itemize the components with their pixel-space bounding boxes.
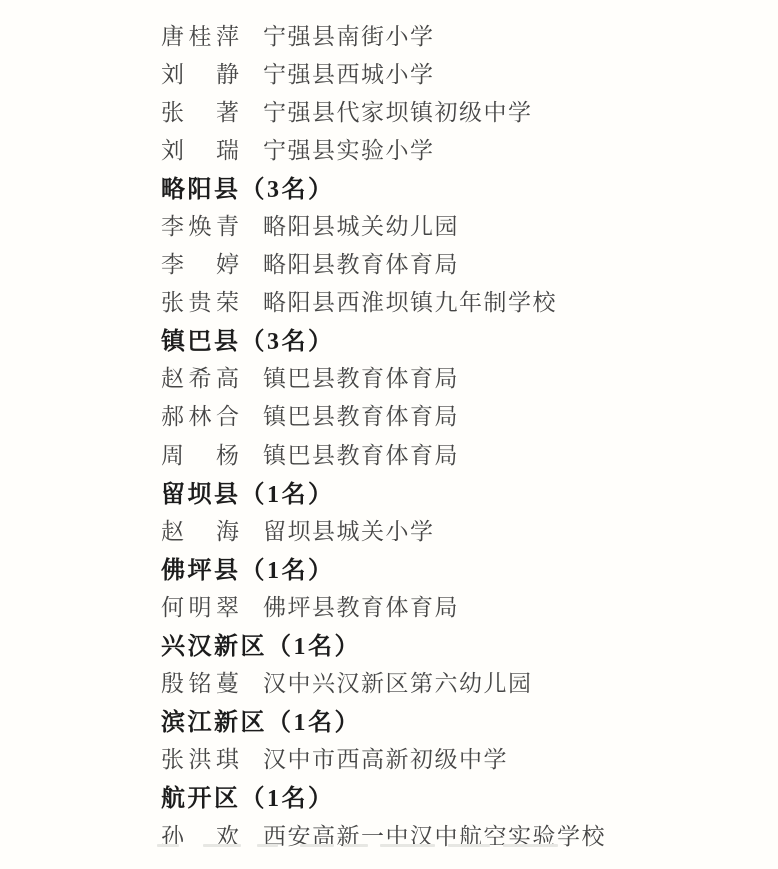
list-row: 李焕青略阳县城关幼儿园 bbox=[161, 205, 758, 243]
list-row: 刘静宁强县西城小学 bbox=[161, 53, 758, 91]
list-row: 周杨镇巴县教育体育局 bbox=[161, 434, 758, 472]
organization-name: 佛坪县教育体育局 bbox=[263, 589, 459, 622]
list-row: 张洪琪汉中市西高新初级中学 bbox=[161, 739, 758, 777]
organization-name: 略阳县教育体育局 bbox=[263, 246, 459, 279]
person-name: 李焕青 bbox=[161, 208, 239, 241]
organization-name: 宁强县南街小学 bbox=[263, 18, 435, 51]
organization-name: 镇巴县教育体育局 bbox=[263, 398, 459, 431]
person-name: 张贵荣 bbox=[161, 284, 239, 317]
organization-name: 宁强县西城小学 bbox=[263, 56, 435, 89]
person-name: 周杨 bbox=[161, 437, 239, 470]
county-section-heading: 航开区（1名） bbox=[161, 777, 758, 815]
list-row: 李婷略阳县教育体育局 bbox=[161, 244, 758, 282]
list-row: 刘瑞宁强县实验小学 bbox=[161, 129, 758, 167]
list-row: 唐桂萍宁强县南街小学 bbox=[161, 15, 758, 53]
list-row: 赵海留坝县城关小学 bbox=[161, 510, 758, 548]
organization-name: 汉中兴汉新区第六幼儿园 bbox=[263, 665, 533, 698]
organization-name: 略阳县城关幼儿园 bbox=[263, 208, 459, 241]
list-row: 张贵荣略阳县西淮坝镇九年制学校 bbox=[161, 282, 758, 320]
person-name: 张著 bbox=[161, 94, 239, 127]
cutoff-next-line-fragment bbox=[0, 844, 778, 848]
list-row: 赵希高镇巴县教育体育局 bbox=[161, 358, 758, 396]
organization-name: 宁强县实验小学 bbox=[263, 132, 435, 165]
list-row: 郝林合镇巴县教育体育局 bbox=[161, 396, 758, 434]
person-name: 张洪琪 bbox=[161, 741, 239, 774]
person-name: 何明翠 bbox=[161, 589, 239, 622]
county-section-heading: 留坝县（1名） bbox=[161, 472, 758, 510]
organization-name: 镇巴县教育体育局 bbox=[263, 437, 459, 470]
person-name: 赵希高 bbox=[161, 360, 239, 393]
county-section-heading: 佛坪县（1名） bbox=[161, 548, 758, 586]
person-name: 李婷 bbox=[161, 246, 239, 279]
county-section-heading: 滨江新区（1名） bbox=[161, 701, 758, 739]
person-name: 殷铭蔓 bbox=[161, 665, 239, 698]
organization-name: 镇巴县教育体育局 bbox=[263, 360, 459, 393]
document-page: 唐桂萍宁强县南街小学刘静宁强县西城小学张著宁强县代家坝镇初级中学刘瑞宁强县实验小… bbox=[0, 0, 778, 869]
person-name: 刘瑞 bbox=[161, 132, 239, 165]
list-row: 张著宁强县代家坝镇初级中学 bbox=[161, 91, 758, 129]
award-list: 唐桂萍宁强县南街小学刘静宁强县西城小学张著宁强县代家坝镇初级中学刘瑞宁强县实验小… bbox=[161, 15, 758, 853]
list-row: 殷铭蔓汉中兴汉新区第六幼儿园 bbox=[161, 663, 758, 701]
county-section-heading: 略阳县（3名） bbox=[161, 167, 758, 205]
organization-name: 留坝县城关小学 bbox=[263, 513, 435, 546]
county-section-heading: 镇巴县（3名） bbox=[161, 320, 758, 358]
organization-name: 宁强县代家坝镇初级中学 bbox=[263, 94, 533, 127]
person-name: 郝林合 bbox=[161, 398, 239, 431]
county-section-heading: 兴汉新区（1名） bbox=[161, 625, 758, 663]
organization-name: 汉中市西高新初级中学 bbox=[263, 741, 508, 774]
list-row: 何明翠佛坪县教育体育局 bbox=[161, 586, 758, 624]
person-name: 刘静 bbox=[161, 56, 239, 89]
person-name: 唐桂萍 bbox=[161, 18, 239, 51]
organization-name: 略阳县西淮坝镇九年制学校 bbox=[263, 284, 557, 317]
person-name: 赵海 bbox=[161, 513, 239, 546]
